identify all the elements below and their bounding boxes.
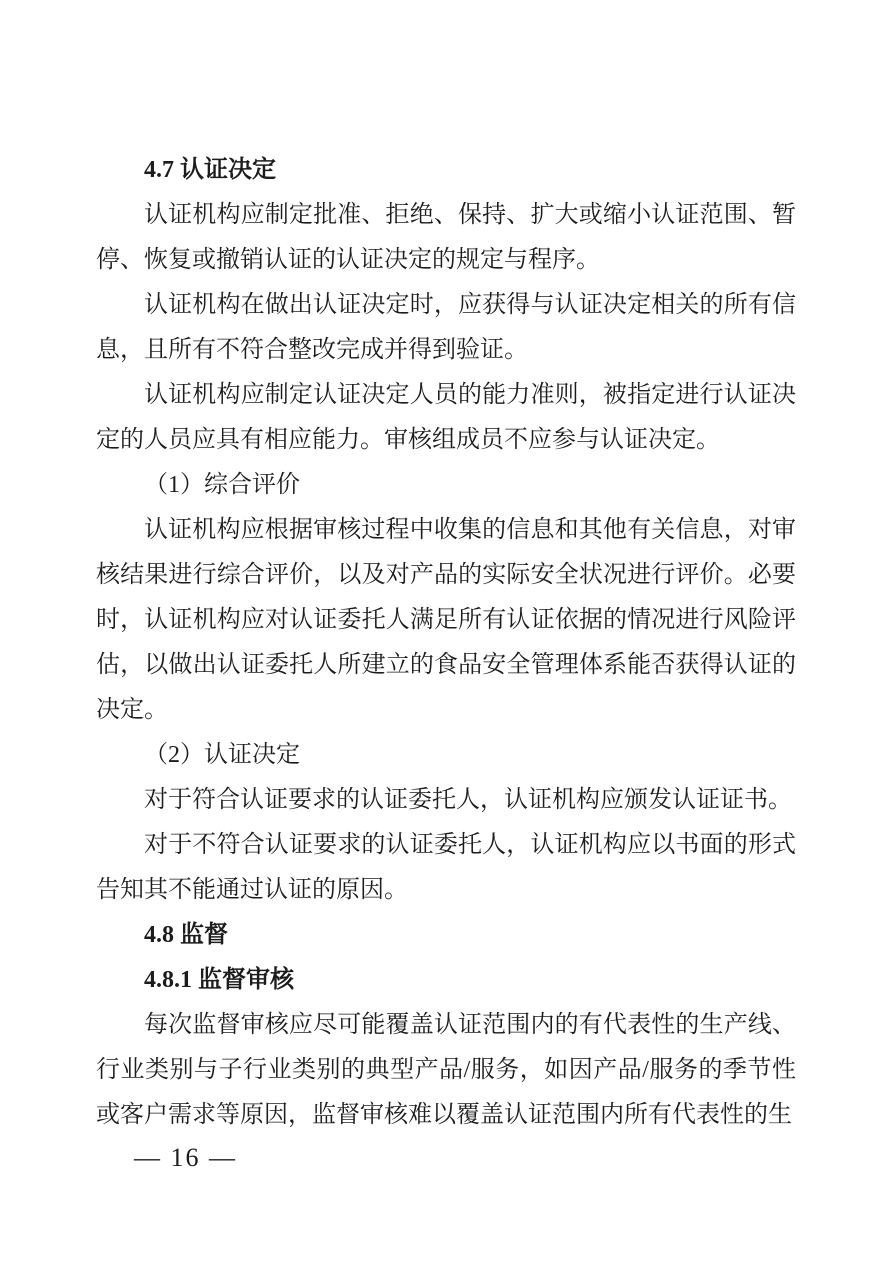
section-heading-4-7: 4.7 认证决定 xyxy=(96,148,796,193)
paragraph: 对于不符合认证要求的认证委托人，认证机构应以书面的形式告知其不能通过认证的原因。 xyxy=(96,823,796,913)
paragraph: 认证机构应根据审核过程中收集的信息和其他有关信息，对审核结果进行综合评价，以及对… xyxy=(96,508,796,733)
document-body: 4.7 认证决定 认证机构应制定批准、拒绝、保持、扩大或缩小认证范围、暂停、恢复… xyxy=(96,148,796,1138)
paragraph-continuation: 每次监督审核应尽可能覆盖认证范围内的有代表性的生产线、行业类别与子行业类别的典型… xyxy=(96,1003,796,1138)
document-page: 4.7 认证决定 认证机构应制定批准、拒绝、保持、扩大或缩小认证范围、暂停、恢复… xyxy=(0,0,892,1262)
section-heading-4-8: 4.8 监督 xyxy=(96,913,796,958)
list-item-1-heading: （1）综合评价 xyxy=(96,463,796,508)
paragraph: 认证机构在做出认证决定时，应获得与认证决定相关的所有信息，且所有不符合整改完成并… xyxy=(96,283,796,373)
paragraph: 对于符合认证要求的认证委托人，认证机构应颁发认证证书。 xyxy=(96,778,796,823)
page-number: — 16 — xyxy=(134,1138,237,1178)
paragraph: 认证机构应制定认证决定人员的能力准则，被指定进行认证决定的人员应具有相应能力。审… xyxy=(96,373,796,463)
section-heading-4-8-1: 4.8.1 监督审核 xyxy=(96,958,796,1003)
list-item-2-heading: （2）认证决定 xyxy=(96,733,796,778)
paragraph: 认证机构应制定批准、拒绝、保持、扩大或缩小认证范围、暂停、恢复或撤销认证的认证决… xyxy=(96,193,796,283)
